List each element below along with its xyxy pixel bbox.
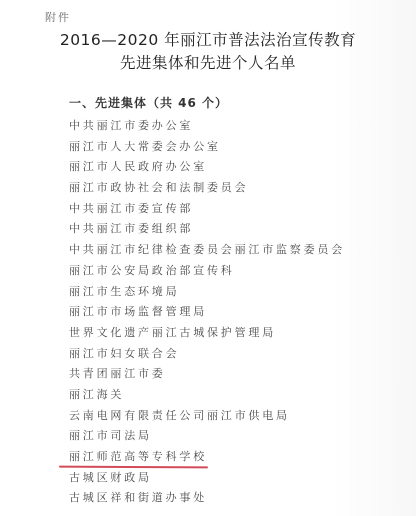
- list-item: 古城区祥和街道办事处: [69, 488, 345, 509]
- list-item: 丽江市人民政府办公室: [69, 157, 345, 178]
- list-item: 丽江海关: [69, 385, 345, 406]
- attachment-label: 附件: [45, 9, 71, 25]
- list-item: 共青团丽江市委: [69, 364, 345, 385]
- list-item: 丽江市公安局政治部宣传科: [69, 261, 345, 282]
- list-item: 中共丽江市委组织部: [69, 219, 345, 240]
- list-item: 丽江市生态环境局: [69, 282, 345, 303]
- list-item: 中共丽江市委办公室: [69, 116, 345, 137]
- list-item: 丽江市妇女联合会: [69, 344, 345, 365]
- document-title-line-1: 2016—2020 年丽江市普法法治宣传教育: [0, 28, 416, 50]
- list-item: 云南电网有限责任公司丽江市供电局: [69, 406, 345, 427]
- list-item: 中共丽江市委宣传部: [69, 199, 345, 220]
- list-item: 古城区财政局: [69, 468, 345, 489]
- advanced-collectives-list: 中共丽江市委办公室 丽江市人大常委会办公室 丽江市人民政府办公室 丽江市政协社会…: [69, 116, 345, 509]
- list-item: 世界文化遗产丽江古城保护管理局: [69, 323, 345, 344]
- document-page: 附件 2016—2020 年丽江市普法法治宣传教育 先进集体和先进个人名单 一、…: [0, 0, 416, 516]
- section-heading: 一、先进集体（共 46 个）: [69, 94, 228, 111]
- list-item: 丽江市市场监督管理局: [69, 302, 345, 323]
- list-item-highlighted: 丽江师范高等专科学校: [69, 447, 345, 468]
- list-item: 中共丽江市纪律检查委员会丽江市监察委员会: [69, 240, 345, 261]
- list-item: 丽江市人大常委会办公室: [69, 137, 345, 158]
- list-item: 丽江市政协社会和法制委员会: [69, 178, 345, 199]
- list-item: 丽江市司法局: [69, 426, 345, 447]
- document-title-line-2: 先进集体和先进个人名单: [0, 51, 416, 73]
